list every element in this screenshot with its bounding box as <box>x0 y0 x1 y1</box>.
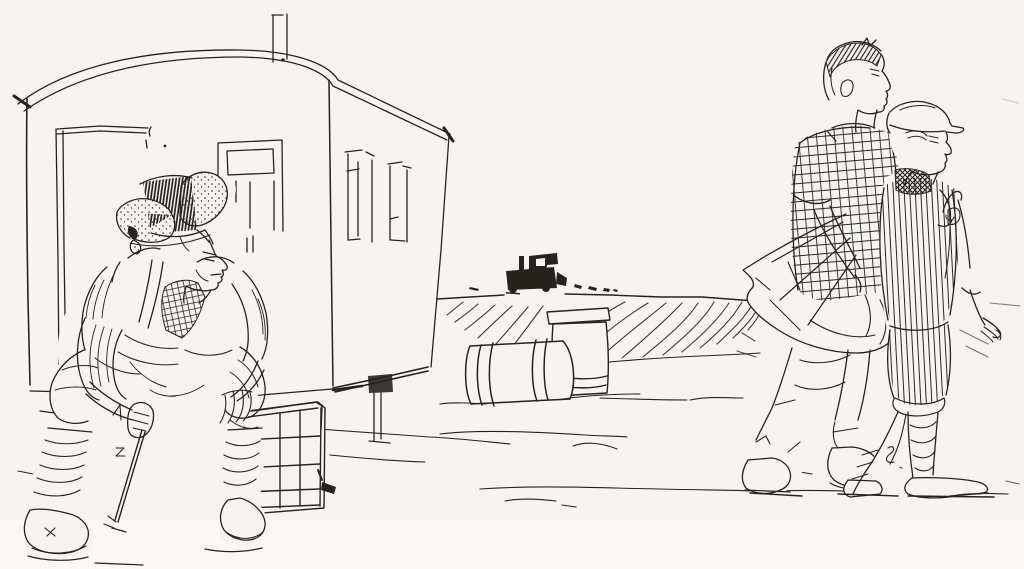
illustration <box>0 0 1024 569</box>
illustration-canvas <box>0 0 1024 569</box>
lying-barrel <box>466 339 574 406</box>
